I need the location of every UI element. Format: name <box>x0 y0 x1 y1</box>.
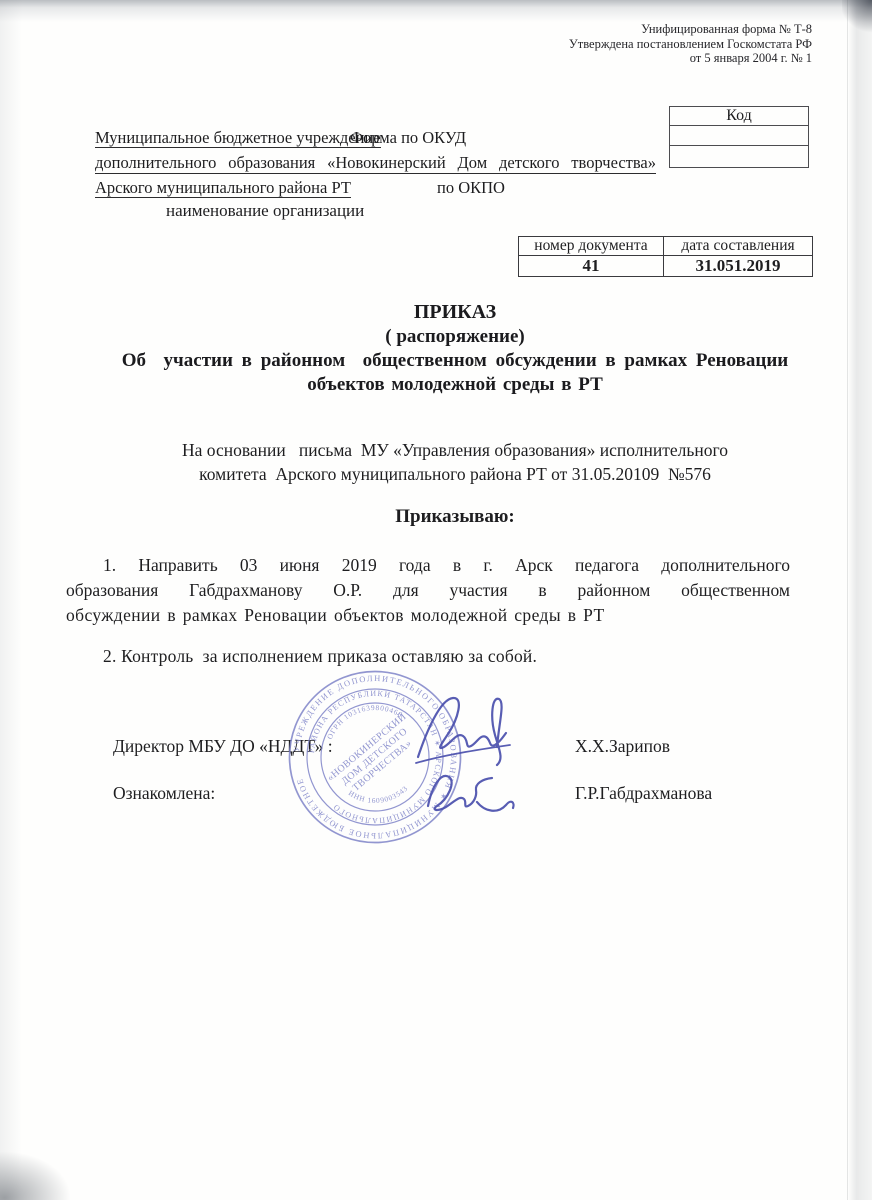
scan-bottom-smudge <box>0 1145 80 1200</box>
doc-number-header: номер документа <box>519 237 664 256</box>
form-reference-line3: от 5 января 2004 г. № 1 <box>569 51 812 66</box>
document-number-table: номер документа дата составления 41 31.0… <box>518 236 813 277</box>
scanned-order-document: Унифицированная форма № Т-8 Утверждена п… <box>0 0 872 1200</box>
doc-date-header: дата составления <box>664 237 813 256</box>
basis-line1: На основании письма МУ «Управления образ… <box>80 440 830 461</box>
order-title: ПРИКАЗ <box>80 301 830 324</box>
org-name-line3: Арского муниципального района РТ <box>95 178 351 198</box>
code-table-header: Код <box>670 107 809 126</box>
org-name-line2-text: дополнительного образования «Новокинерск… <box>95 153 656 174</box>
code-table: Код <box>669 106 809 168</box>
order-subject-line2: объектов молодежной среды в РТ <box>80 374 830 396</box>
org-name-line2: дополнительного образования «Новокинерск… <box>95 153 656 174</box>
form-reference-block: Унифицированная форма № Т-8 Утверждена п… <box>569 22 812 66</box>
doc-number-value: 41 <box>519 256 664 277</box>
org-caption: наименование организации <box>166 201 364 221</box>
code-table-cell-okpo <box>670 146 809 168</box>
order-subject-line1: Об участии в районном общественном обсуж… <box>80 350 830 372</box>
okud-label: Форма по ОКУД <box>350 128 466 148</box>
order-item1-line2: образования Габдрахманову О.Р. для участ… <box>66 580 790 601</box>
org-name-line3-text: Арского муниципального района РТ <box>95 178 351 198</box>
code-table-cell-okud <box>670 126 809 146</box>
okpo-label: по ОКПО <box>437 178 505 198</box>
order-item1-line1: 1. Направить 03 июня 2019 года в г. Арск… <box>103 555 790 576</box>
org-name-line1-text: Муниципальное бюджетное учреждение <box>95 128 381 148</box>
signatures-overlay <box>400 685 575 830</box>
form-reference-line2: Утверждена постановлением Госкомстата РФ <box>569 37 812 52</box>
scan-top-shadow <box>0 0 872 22</box>
acknowledged-name: Г.Р.Габдрахманова <box>575 783 712 804</box>
order-word: Приказываю: <box>80 506 830 528</box>
director-name: Х.Х.Зарипов <box>575 736 670 757</box>
scan-corner-mark <box>842 0 872 34</box>
acknowledged-signature <box>428 776 514 811</box>
scan-right-shadow <box>847 0 872 1200</box>
form-reference-line1: Унифицированная форма № Т-8 <box>569 22 812 37</box>
basis-line2: комитета Арского муниципального района Р… <box>80 464 830 485</box>
scan-left-shadow <box>0 0 22 1200</box>
order-subtitle: ( распоряжение) <box>80 326 830 348</box>
order-item1-line3: обсуждении в рамках Реновации объектов м… <box>66 605 605 626</box>
acknowledged-label: Ознакомлена: <box>113 783 215 804</box>
doc-date-value: 31.051.2019 <box>664 256 813 277</box>
org-name-line1: Муниципальное бюджетное учреждение <box>95 128 381 148</box>
director-signature <box>416 698 510 765</box>
